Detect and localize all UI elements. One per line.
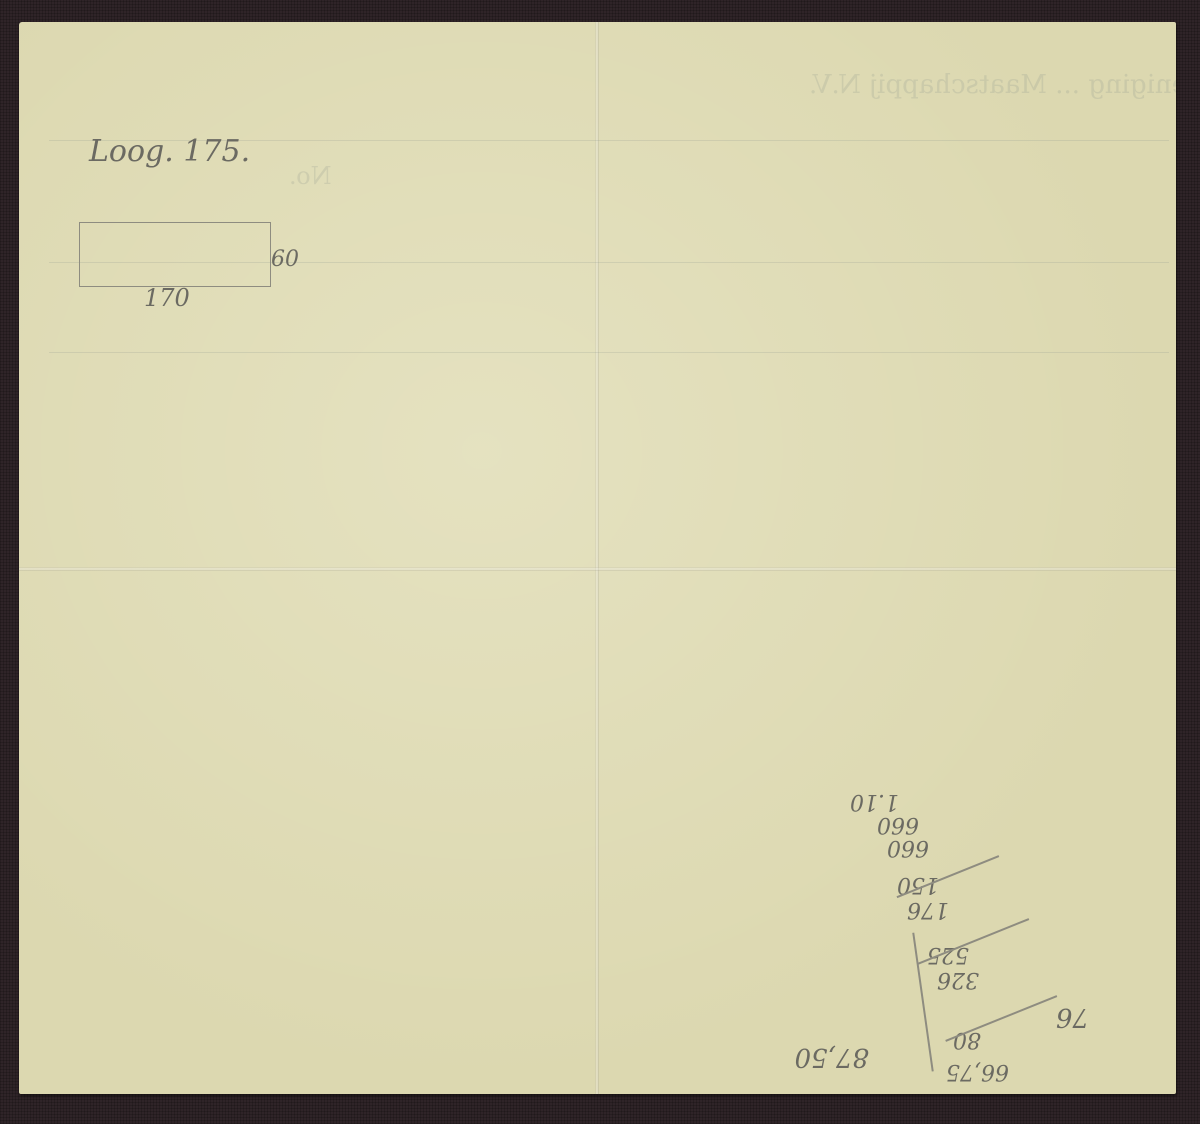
sketch-width-label: 170 [144, 284, 190, 312]
horizontal-fold-crease [19, 567, 1176, 571]
vertical-fold-crease [595, 22, 599, 1094]
show-through-letterhead: Koninklijke Vereeniging ... Maatschappij… [809, 70, 1176, 100]
show-through-number: No. [289, 162, 332, 190]
upside-down-calculation: 66,75 80 326 525 176 150 660 660 1.10 87… [809, 792, 1069, 1092]
calculation-total: 87,50 [795, 1042, 869, 1072]
dimension-sketch-rectangle [79, 222, 271, 287]
pencil-heading: Loog. 175. [89, 134, 250, 169]
show-through-rule [49, 352, 1169, 353]
calculation-side-number: 76 [1056, 1002, 1089, 1032]
document-page: Koninklijke Vereeniging ... Maatschappij… [19, 22, 1176, 1094]
sketch-height-label: 60 [271, 247, 299, 272]
